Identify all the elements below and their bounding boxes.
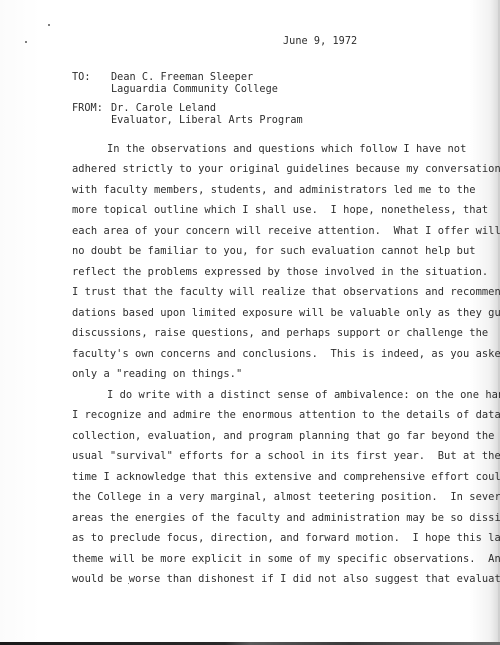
body-line: discussions, raise questions, and perhap… <box>72 327 488 339</box>
body-line: as to preclude focus, direction, and for… <box>72 532 500 544</box>
memo-date: June 9, 1972 <box>283 36 357 48</box>
body-line: with faculty members, students, and admi… <box>72 184 476 196</box>
from-name: Dr. Carole Leland <box>111 103 216 115</box>
scan-speck <box>25 41 27 43</box>
scanned-page: June 9, 1972 TO: Dean C. Freeman Sleeper… <box>0 0 500 645</box>
from-title: Evaluator, Liberal Arts Program <box>111 115 303 127</box>
body-line: I trust that the faculty will realize th… <box>72 286 500 298</box>
to-label: TO: <box>72 72 91 84</box>
body-line: collection, evaluation, and program plan… <box>72 430 494 442</box>
from-label: FROM: <box>72 103 103 115</box>
body-line: adhered strictly to your original guidel… <box>72 163 500 175</box>
body-line: no doubt be familiar to you, for such ev… <box>72 245 476 257</box>
body-line: I recognize and admire the enormous atte… <box>72 409 500 421</box>
body-line: I do write with a distinct sense of ambi… <box>107 389 500 401</box>
to-name: Dean C. Freeman Sleeper <box>111 72 253 84</box>
body-line: In the observations and questions which … <box>107 143 466 155</box>
body-line: time I acknowledge that this extensive a… <box>72 471 500 483</box>
scan-speck <box>48 24 50 26</box>
body-line: the College in a very marginal, almost t… <box>72 491 500 503</box>
body-line: dations based upon limited exposure will… <box>72 307 500 319</box>
body-line: more topical outline which I shall use. … <box>72 204 488 216</box>
body-line: reflect the problems expressed by those … <box>72 266 488 278</box>
body-line: theme will be more explicit in some of m… <box>72 553 500 565</box>
body-line: each area of your concern will receive a… <box>72 225 500 237</box>
body-line: only a "reading on things." <box>72 368 242 380</box>
body-line: usual "survival" efforts for a school in… <box>72 450 500 462</box>
body-line: faculty's own concerns and conclusions. … <box>72 348 500 360</box>
body-line: areas the energies of the faculty and ad… <box>72 512 500 524</box>
to-organization: Laguardia Community College <box>111 84 278 96</box>
body-line: would be worse than dishonest if I did n… <box>72 573 500 585</box>
